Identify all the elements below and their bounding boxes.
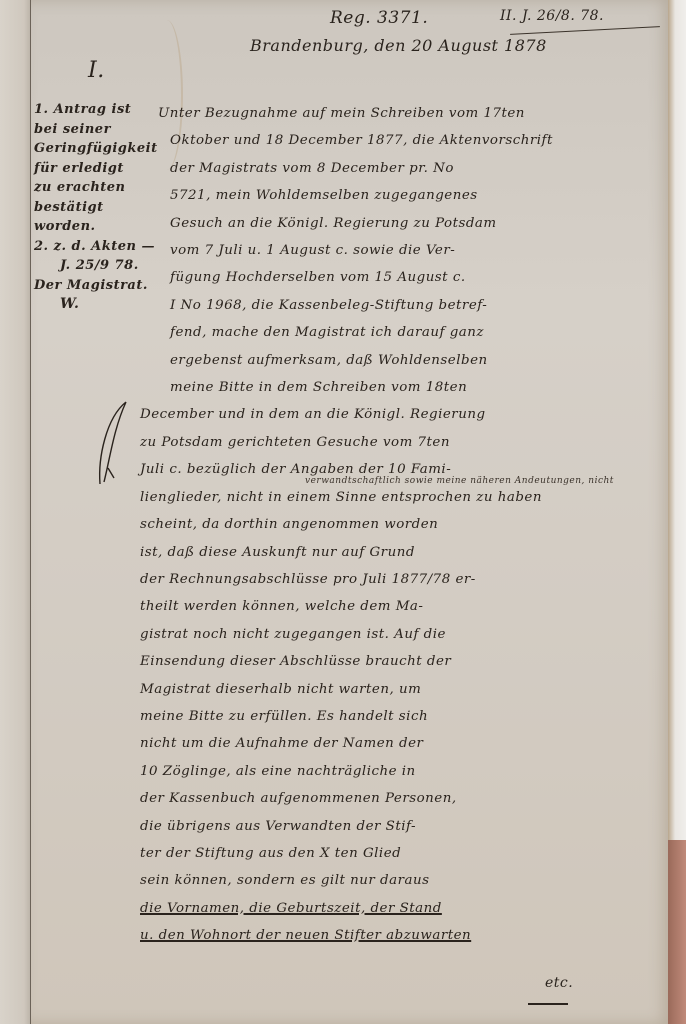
body-line: fügung Hochderselben vom 15 August c.	[170, 264, 650, 291]
body-line: zu Potsdam gerichteten Gesuche vom 7ten	[140, 429, 650, 456]
margin-line: J. 25/9 78.	[34, 256, 164, 276]
body-line: fend, mache den Magistrat ich darauf gan…	[170, 319, 650, 346]
body-line-underlined: nicht um die Aufnahme der Namen der	[140, 730, 650, 757]
margin-line: für erledigt	[34, 159, 164, 179]
body-line: der Kassenbuch aufgenommenen Personen,	[140, 785, 650, 812]
body-line-underlined: u. den Wohnort der neuen Stifter abzuwar…	[140, 922, 650, 949]
closing-mark: etc.	[545, 975, 573, 991]
registry-note: Reg. 3371.	[330, 8, 428, 28]
body-line: I No 1968, die Kassenbeleg-Stiftung betr…	[170, 292, 650, 319]
body-line: ter der Stiftung aus den X ten Glied	[140, 840, 650, 867]
margin-line: 1. Antrag ist	[34, 100, 164, 120]
body-line: Oktober und 18 December 1877, die Aktenv…	[170, 127, 650, 154]
paragraph-flourish-icon	[96, 398, 136, 488]
margin-note: 1. Antrag ist bei seiner Geringfügigkeit…	[34, 100, 164, 315]
body-line: der Magistrats vom 8 December pr. No	[170, 155, 650, 182]
letter-body: Unter Bezugnahme auf mein Schreiben vom …	[170, 100, 650, 950]
body-line-underlined: 10 Zöglinge, als eine nachträgliche in	[140, 758, 650, 785]
body-line-underlined: die Vornamen, die Geburtszeit, der Stand	[140, 895, 650, 922]
body-line: Magistrat dieserhalb nicht warten, um	[140, 676, 650, 703]
margin-line: bei seiner	[34, 120, 164, 140]
place-date-line: Brandenburg, den 20 August 1878	[250, 36, 547, 55]
margin-signature: W.	[34, 295, 164, 315]
body-line: der Rechnungsabschlüsse pro Juli 1877/78…	[140, 566, 650, 593]
section-mark: I.	[88, 58, 105, 83]
margin-line: bestätigt	[34, 198, 164, 218]
journal-number: II. J. 26/8. 78.	[500, 8, 604, 24]
body-line: Einsendung dieser Abschlüsse braucht der	[140, 648, 650, 675]
facing-page-edge	[0, 0, 30, 1024]
body-line: lienglieder, nicht in einem Sinne entspr…	[140, 484, 650, 511]
closing-stroke	[528, 1003, 568, 1005]
body-line: meine Bitte in dem Schreiben vom 18ten	[170, 374, 650, 401]
body-line: meine Bitte zu erfüllen. Es handelt sich	[140, 703, 650, 730]
body-line: vom 7 Juli u. 1 August c. sowie die Ver-	[170, 237, 650, 264]
margin-line: worden.	[34, 217, 164, 237]
body-line: scheint, da dorthin angenommen worden	[140, 511, 650, 538]
body-line: 5721, mein Wohldemselben zugegangenes	[170, 182, 650, 209]
interlinear-insertion: verwandtschaftlich sowie meine näheren A…	[305, 476, 614, 486]
body-line: gistrat noch nicht zugegangen ist. Auf d…	[140, 621, 650, 648]
page-right-edge	[668, 0, 686, 1024]
body-line: sein können, sondern es gilt nur daraus	[140, 867, 650, 894]
body-line: die übrigens aus Verwandten der Stif-	[140, 813, 650, 840]
body-line: Gesuch an die Königl. Regierung zu Potsd…	[170, 210, 650, 237]
margin-line: 2. z. d. Akten —	[34, 237, 164, 257]
body-line: December und in dem an die Königl. Regie…	[140, 401, 650, 428]
margin-line: Der Magistrat.	[34, 276, 164, 296]
body-line: theilt werden können, welche dem Ma-	[140, 593, 650, 620]
margin-line: Geringfügigkeit	[34, 139, 164, 159]
background-object	[668, 840, 686, 1024]
margin-line: zu erachten	[34, 178, 164, 198]
body-line: Unter Bezugnahme auf mein Schreiben vom …	[158, 100, 650, 127]
body-line: ergebenst aufmerksam, daß Wohldenselben	[170, 347, 650, 374]
body-line: ist, daß diese Auskunft nur auf Grund	[140, 539, 650, 566]
